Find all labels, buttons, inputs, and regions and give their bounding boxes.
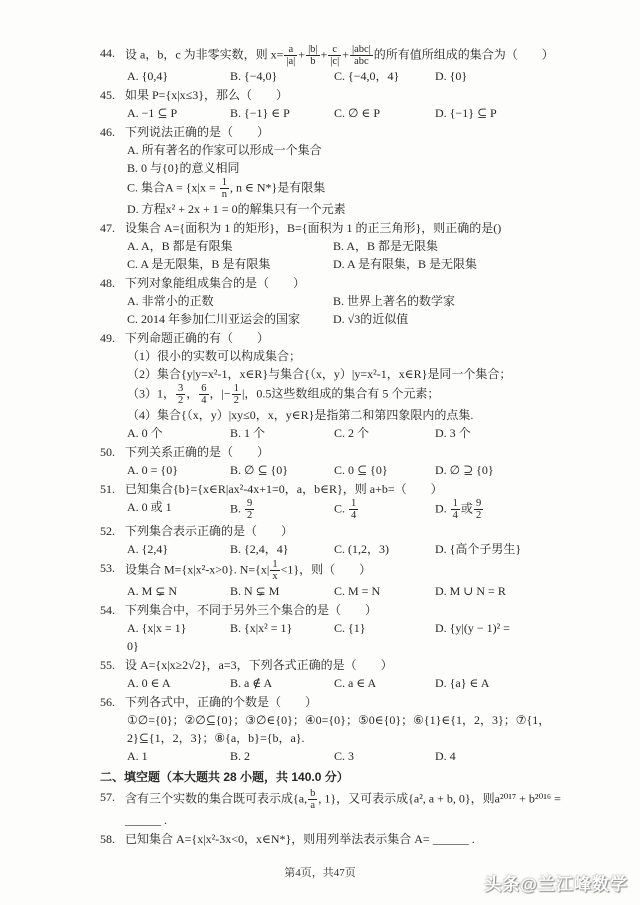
question-46: 46. 下列说法正确的是（ ） A. 所有著名的作家可以形成一个集合 B. 0 …	[100, 123, 562, 218]
options-row: C. 2014 年参加仁川亚运会的国家 D. √3的近似值	[100, 310, 562, 328]
option-c: C. 14	[334, 498, 435, 521]
option-b: B. ∅ ⊆ {0}	[230, 461, 334, 479]
fraction: 64	[198, 383, 209, 406]
fraction: 32	[175, 383, 186, 406]
watermark: 头条@兰江峰数学	[484, 870, 628, 895]
option-b: B. 世界上著名的数学家	[333, 292, 562, 310]
option-c: C. 2 个	[334, 424, 435, 442]
fraction: 14	[450, 498, 461, 521]
exam-paper-page: 44. 设 a，b，c 为非零实数，则 x=a|a|+|b|b+c|c|+|ab…	[0, 0, 640, 905]
question-53: 53. 设集合 M={x|x²-x>0}. N={x|1x<1}，则（ ） A.…	[100, 559, 562, 600]
section-2-heading: 二、填空题（本大题共 28 小题，共 140.0 分）	[100, 768, 562, 786]
fraction: c|c|	[327, 44, 342, 67]
question-stem: 设集合 M={x|x²-x>0}. N={x|1x<1}，则（ ）	[125, 559, 562, 582]
options-row: A. 1 B. 2 C. 3 D. 4	[100, 747, 562, 765]
question-stem: 已知集合{b}={x∈R|ax²-4x+1=0，a，b∈R}，则 a+b=（ ）	[125, 480, 562, 498]
question-stem: 设集合 A={面积为 1 的矩形}，B={面积为 1 的正三角形}，则正确的是(…	[125, 219, 562, 237]
option-d: D. 方程x² + 2x + 1 = 0的解集只有一个元素	[100, 200, 562, 218]
item-4: （4）集合{（x，y）|xy≤0，x，y∈R}是指第二和第四象限内的点集.	[100, 406, 562, 424]
option-d: D. 4	[435, 747, 562, 765]
option-d: D. {y|(y − 1)² =	[435, 619, 562, 637]
question-number: 58.	[100, 830, 125, 848]
option-a: A. −1 ⊆ P	[127, 104, 230, 122]
option-d: D. ∅ ⊇ {0}	[435, 461, 562, 479]
option-b: B. {−1} ∈ P	[230, 104, 334, 122]
option-c: C. 3	[334, 747, 435, 765]
question-number: 51.	[100, 480, 125, 498]
question-stem: 下列各式中，正确的个数是（ ）	[125, 693, 562, 711]
options-row: C. A 是无限集，B 是有限集 D. A 是有限集，B 是无限集	[100, 255, 562, 273]
option-d-continuation: 0}	[100, 637, 562, 655]
question-51: 51. 已知集合{b}={x∈R|ax²-4x+1=0，a，b∈R}，则 a+b…	[100, 480, 562, 521]
question-stem: 下列集合中，不同于另外三个集合的是（ ）	[125, 601, 562, 619]
option-d: D. {−1} ⊆ P	[435, 104, 562, 122]
question-stem: 下列关系正确的是（ ）	[125, 443, 562, 461]
question-stem: 已知集合 A={x|x²-3x<0，x∈N*}，则用列举法表示集合 A= ___…	[125, 830, 562, 848]
option-c: C. {1}	[334, 619, 435, 637]
option-a: A. {x|x = 1}	[127, 619, 230, 637]
question-number: 47.	[100, 219, 125, 237]
fraction: |abc|abc	[349, 44, 374, 67]
question-number: 49.	[100, 329, 125, 347]
option-b: B. {2,4，4}	[230, 540, 334, 558]
option-d: D. M ∪ N = R	[435, 582, 562, 600]
option-a: A. A，B 都是有限集	[127, 237, 333, 255]
options-row: A. {x|x = 1} B. {x|x² = 1} C. {1} D. {y|…	[100, 619, 562, 637]
option-b: B. {x|x² = 1}	[230, 619, 334, 637]
question-stem: 含有三个实数的集合既可表示成{a,ba, 1}，又可表示成{a², a + b,…	[125, 788, 562, 829]
option-a: A. 1	[127, 747, 230, 765]
option-d: D. A 是有限集，B 是无限集	[333, 255, 562, 273]
question-56: 56. 下列各式中，正确的个数是（ ） ①∅={0}；②∅⊆{0}；③∅∈{0}…	[100, 693, 562, 765]
options-row: A. 0 或 1 B. 92 C. 14 D. 14或92	[100, 498, 562, 521]
question-55: 55. 设 A={x|x≥2√2}，a=3，下列各式正确的是（ ） A. 0 ∈…	[100, 656, 562, 692]
option-a: A. 0 = {0}	[127, 461, 230, 479]
question-57: 57. 含有三个实数的集合既可表示成{a,ba, 1}，又可表示成{a², a …	[100, 788, 562, 829]
question-number: 56.	[100, 693, 125, 711]
question-48: 48. 下列对象能组成集合的是（ ） A. 非常小的正数 B. 世界上著名的数学…	[100, 274, 562, 328]
question-stem: 设 a，b，c 为非零实数，则 x=a|a|+|b|b+c|c|+|abc|ab…	[125, 44, 562, 67]
option-d: D. 3 个	[435, 424, 562, 442]
options-row: A. {2,4} B. {2,4，4} C. (1,2，3) D. {高个子男生…	[100, 540, 562, 558]
numbered-statements: ①∅={0}；②∅⊆{0}；③∅∈{0}；④0={0}；⑤0∈{0}；⑥{1}∈…	[100, 711, 562, 747]
option-b: B. N ⊊ M	[230, 582, 334, 600]
question-stem: 下列对象能组成集合的是（ ）	[125, 274, 562, 292]
fraction: 1n	[219, 177, 230, 200]
page-content: 44. 设 a，b，c 为非零实数，则 x=a|a|+|b|b+c|c|+|ab…	[100, 44, 562, 849]
option-d: D. {a} ∈ A	[435, 674, 562, 692]
option-d: D. {0}	[435, 67, 562, 85]
question-47: 47. 设集合 A={面积为 1 的矩形}，B={面积为 1 的正三角形}，则正…	[100, 219, 562, 273]
option-c: C. (1,2，3)	[334, 540, 435, 558]
fraction: 1x	[269, 559, 280, 582]
option-c: C. 0 ⊆ {0}	[334, 461, 435, 479]
option-c: C. 集合A = {x|x = 1n, n ∈ N*}是有限集	[100, 177, 562, 200]
fraction: a|a|	[283, 44, 298, 67]
option-a: A. 0 ∈ A	[127, 674, 230, 692]
option-b: B. 0 与{0}的意义相同	[100, 159, 562, 177]
options-row: A. 0 ∈ A B. a ∉ A C. a ∈ A D. {a} ∈ A	[100, 674, 562, 692]
question-52: 52. 下列集合表示正确的是（ ） A. {2,4} B. {2,4，4} C.…	[100, 522, 562, 558]
question-45: 45. 如果 P={x|x≤3}，那么（ ） A. −1 ⊆ P B. {−1}…	[100, 86, 562, 122]
option-b: B. A，B 都是无限集	[333, 237, 562, 255]
options-row: A. 0 个 B. 1 个 C. 2 个 D. 3 个	[100, 424, 562, 442]
options-row: A. {0,4} B. {−4,0} C. {−4,0，4} D. {0}	[100, 67, 562, 85]
option-c: C. {−4,0，4}	[334, 67, 435, 85]
option-b: B. {−4,0}	[230, 67, 334, 85]
option-a: A. {0,4}	[127, 67, 230, 85]
fraction: 12	[231, 383, 242, 406]
question-number: 54.	[100, 601, 125, 619]
item-1: （1）很小的实数可以构成集合；	[100, 347, 562, 365]
question-stem: 下列集合表示正确的是（ ）	[125, 522, 562, 540]
question-49: 49. 下列命题正确的有（ ） （1）很小的实数可以构成集合； （2）集合{y|…	[100, 329, 562, 442]
question-stem: 下列说法正确的是（ ）	[125, 123, 562, 141]
question-50: 50. 下列关系正确的是（ ） A. 0 = {0} B. ∅ ⊆ {0} C.…	[100, 443, 562, 479]
option-c: C. a ∈ A	[334, 674, 435, 692]
options-row: A. 非常小的正数 B. 世界上著名的数学家	[100, 292, 562, 310]
options-row: A. −1 ⊆ P B. {−1} ∈ P C. ∅ ∈ P D. {−1} ⊆…	[100, 104, 562, 122]
question-number: 44.	[100, 44, 125, 67]
item-3: （3）1，32，64，|−12|，0.5这些数组成的集合有 5 个元素；	[100, 383, 562, 406]
question-number: 57.	[100, 788, 125, 829]
option-a: A. 0 个	[127, 424, 230, 442]
option-c: C. ∅ ∈ P	[334, 104, 435, 122]
option-b: B. a ∉ A	[230, 674, 334, 692]
option-a: A. 非常小的正数	[127, 292, 333, 310]
options-row: A. M ⊊ N B. N ⊊ M C. M = N D. M ∪ N = R	[100, 582, 562, 600]
question-number: 52.	[100, 522, 125, 540]
fraction: 92	[244, 498, 255, 521]
option-d: D. {高个子男生}	[435, 540, 562, 558]
question-number: 55.	[100, 656, 125, 674]
option-c: C. M = N	[334, 582, 435, 600]
question-54: 54. 下列集合中，不同于另外三个集合的是（ ） A. {x|x = 1} B.…	[100, 601, 562, 655]
question-number: 45.	[100, 86, 125, 104]
option-d: D. 14或92	[435, 498, 562, 521]
fraction: |b|b	[305, 44, 320, 67]
question-number: 48.	[100, 274, 125, 292]
question-number: 46.	[100, 123, 125, 141]
question-44: 44. 设 a，b，c 为非零实数，则 x=a|a|+|b|b+c|c|+|ab…	[100, 44, 562, 85]
item-2: （2）集合{y|y=x²-1，x∈R}与集合{（x，y）|y=x²-1，x∈R}…	[100, 365, 562, 383]
fraction: ba	[307, 788, 318, 811]
option-a: A. M ⊊ N	[127, 582, 230, 600]
fraction: 14	[348, 498, 359, 521]
option-b: B. 92	[230, 498, 334, 521]
option-c: C. A 是无限集，B 是有限集	[127, 255, 333, 273]
option-a: A. 所有著名的作家可以形成一个集合	[100, 141, 562, 159]
option-a: A. {2,4}	[127, 540, 230, 558]
question-number: 50.	[100, 443, 125, 461]
fraction: 92	[473, 498, 484, 521]
option-c: C. 2014 年参加仁川亚运会的国家	[127, 310, 333, 328]
question-stem: 设 A={x|x≥2√2}，a=3，下列各式正确的是（ ）	[125, 656, 562, 674]
question-stem: 下列命题正确的有（ ）	[125, 329, 562, 347]
option-a: A. 0 或 1	[127, 498, 230, 521]
question-number: 53.	[100, 559, 125, 582]
question-stem: 如果 P={x|x≤3}，那么（ ）	[125, 86, 562, 104]
options-row: A. 0 = {0} B. ∅ ⊆ {0} C. 0 ⊆ {0} D. ∅ ⊇ …	[100, 461, 562, 479]
option-b: B. 2	[230, 747, 334, 765]
question-58: 58. 已知集合 A={x|x²-3x<0，x∈N*}，则用列举法表示集合 A=…	[100, 830, 562, 848]
options-row: A. A，B 都是有限集 B. A，B 都是无限集	[100, 237, 562, 255]
option-d: D. √3的近似值	[333, 310, 562, 328]
option-b: B. 1 个	[230, 424, 334, 442]
